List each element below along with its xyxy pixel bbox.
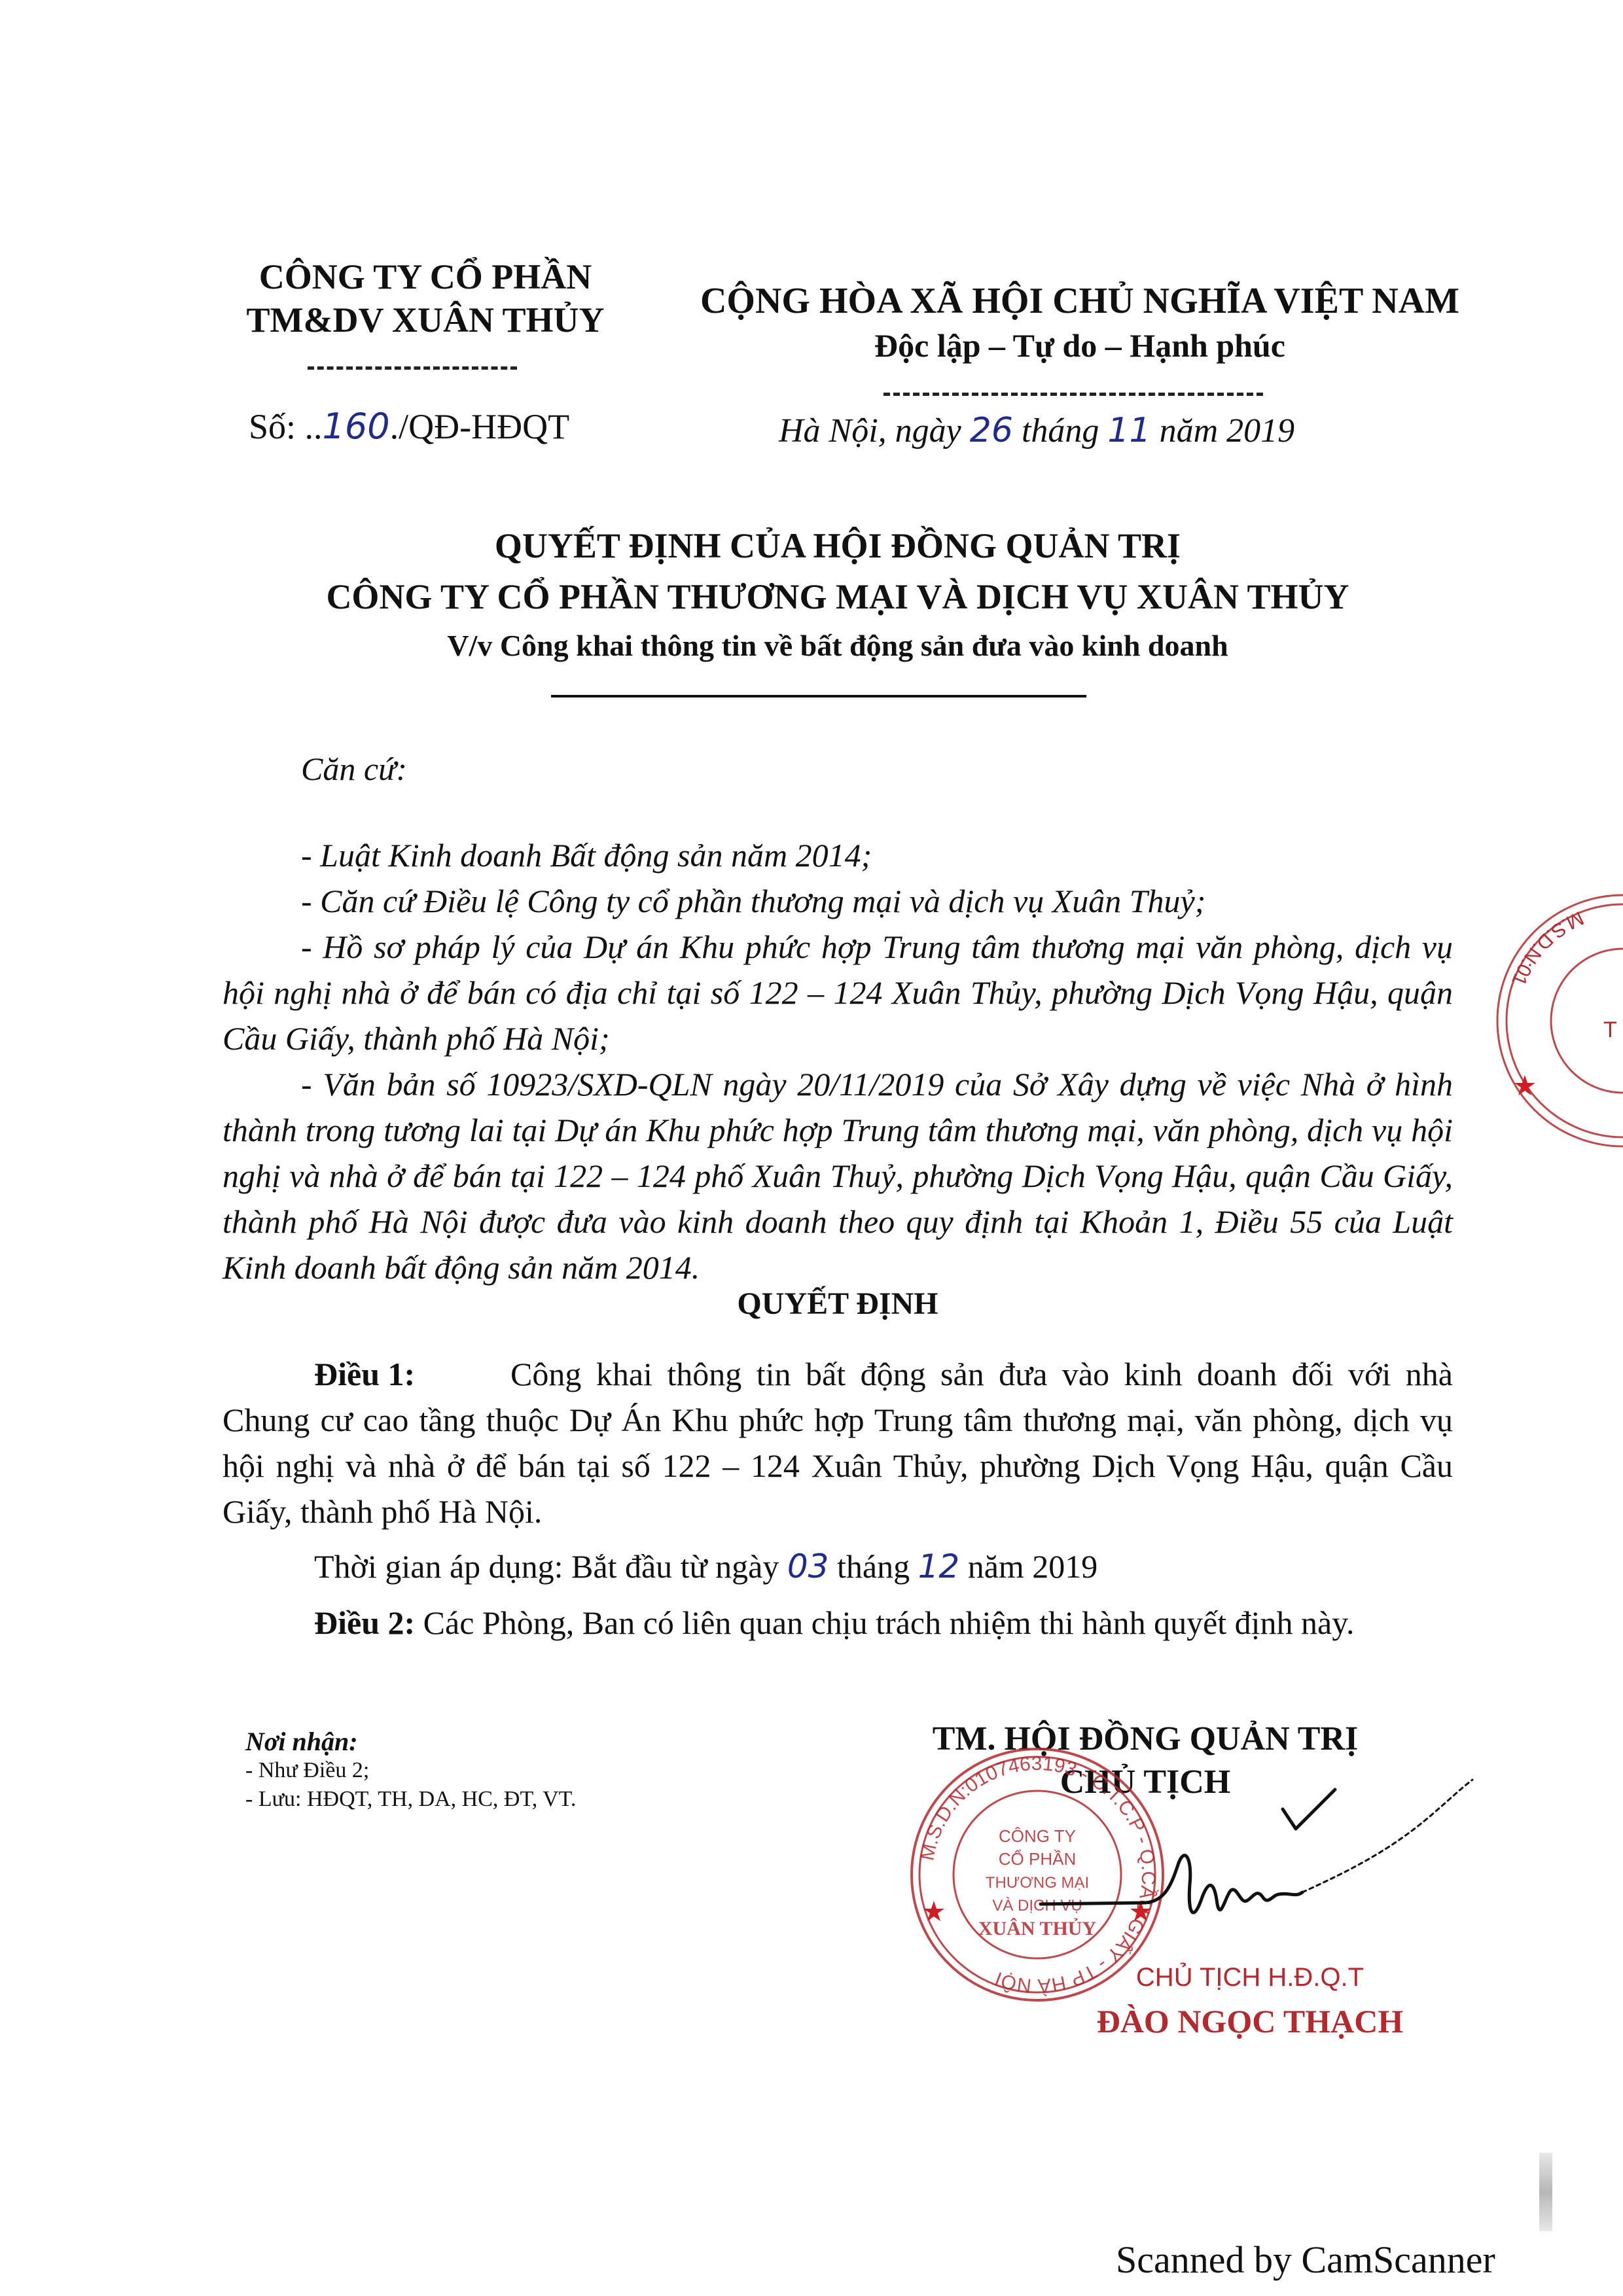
legal-basis-item: - Hồ sơ pháp lý của Dự án Khu phức hợp T… <box>223 924 1453 1061</box>
document-title: QUYẾT ĐỊNH CỦA HỘI ĐỒNG QUẢN TRỊ CÔNG TY… <box>196 520 1479 669</box>
signer-title: CHỦ TỊCH H.Đ.Q.T <box>1086 1963 1414 1992</box>
signer-name: ĐÀO NGỌC THẠCH <box>1047 2002 1453 2040</box>
title-line2: CÔNG TY CỔ PHẦN THƯƠNG MẠI VÀ DỊCH VỤ XU… <box>196 571 1479 622</box>
document-number-prefix: Số: .. <box>249 407 323 446</box>
recipient-item: - Như Điều 2; <box>245 1756 576 1785</box>
legal-basis-item: - Văn bản số 10923/SXD-QLN ngày 20/11/20… <box>223 1061 1453 1290</box>
apply-time-prefix: Thời gian áp dụng: Bắt đầu từ ngày <box>314 1548 787 1585</box>
handwritten-signature <box>1021 1754 1479 1969</box>
recipient-item: - Lưu: HĐQT, TH, DA, HC, ĐT, VT. <box>245 1785 576 1814</box>
legal-basis: Căn cứ: - Luật Kinh doanh Bất động sản n… <box>223 746 1453 1290</box>
national-title: CỘNG HÒA XÃ HỘI CHỦ NGHĨA VIỆT NAM <box>674 278 1486 324</box>
title-subject: V/v Công khai thông tin về bất động sản … <box>196 622 1479 669</box>
article-2-label: Điều 2: <box>314 1604 415 1641</box>
company-divider <box>308 366 517 370</box>
article-2: Điều 2: Các Phòng, Ban có liên quan chịu… <box>223 1600 1453 1646</box>
date-day-handwritten: 26 <box>970 411 1013 450</box>
side-stamp-letter: T <box>1603 1017 1617 1042</box>
side-stamp-text: M.S.D.N:01 <box>1507 907 1587 989</box>
apply-day-handwritten: 03 <box>787 1547 829 1585</box>
title-underline <box>551 695 1086 698</box>
document-number: Số: ..160./QĐ-HĐQT <box>249 406 569 447</box>
recipients: Nơi nhận: - Như Điều 2; - Lưu: HĐQT, TH,… <box>245 1727 576 1814</box>
company-name-line1: CÔNG TY CỔ PHẦN <box>216 255 635 298</box>
date-month-label: tháng <box>1013 412 1107 450</box>
document-number-suffix: ./QĐ-HĐQT <box>390 407 569 446</box>
apply-year: năm 2019 <box>959 1548 1097 1585</box>
article-2-text: Các Phòng, Ban có liên quan chịu trách n… <box>415 1604 1354 1641</box>
legal-basis-item: - Luật Kinh doanh Bất động sản năm 2014; <box>223 832 1453 878</box>
decision-heading: QUYẾT ĐỊNH <box>196 1286 1479 1322</box>
svg-text:M.S.D.N:01: M.S.D.N:01 <box>1507 907 1587 989</box>
company-name: CÔNG TY CỔ PHẦN TM&DV XUÂN THỦY <box>216 255 635 342</box>
scan-edge-artifact <box>1539 2153 1552 2231</box>
national-header: CỘNG HÒA XÃ HỘI CHỦ NGHĨA VIỆT NAM Độc l… <box>674 278 1486 367</box>
legal-basis-item: - Căn cứ Điều lệ Công ty cổ phần thương … <box>223 878 1453 924</box>
national-divider <box>883 393 1263 396</box>
apply-time: Thời gian áp dụng: Bắt đầu từ ngày 03 th… <box>223 1544 1453 1589</box>
article-1: Điều 1:Công khai thông tin bất động sản … <box>223 1351 1453 1534</box>
apply-month-label: tháng <box>829 1548 918 1585</box>
title-line1: QUYẾT ĐỊNH CỦA HỘI ĐỒNG QUẢN TRỊ <box>196 520 1479 571</box>
date-month-handwritten: 11 <box>1107 411 1150 450</box>
company-name-line2: TM&DV XUÂN THỦY <box>216 298 635 342</box>
scanner-watermark: Scanned by CamScanner <box>1116 2238 1495 2282</box>
recipients-heading: Nơi nhận: <box>245 1727 576 1756</box>
place-date: Hà Nội, ngày 26 tháng 11 năm 2019 <box>779 411 1294 450</box>
page-edge-seal-stamp: M.S.D.N:01 T <box>1479 890 1623 1152</box>
legal-basis-label: Căn cứ: <box>223 746 1453 792</box>
apply-month-handwritten: 12 <box>918 1547 960 1585</box>
date-place-label: Hà Nội, ngày <box>779 412 970 450</box>
national-motto: Độc lập – Tự do – Hạnh phúc <box>674 324 1486 367</box>
article-1-label: Điều 1: <box>314 1351 510 1397</box>
decision-articles: Điều 1:Công khai thông tin bất động sản … <box>223 1351 1453 1646</box>
date-year: năm 2019 <box>1151 412 1295 450</box>
document-number-handwritten: 160 <box>323 406 390 447</box>
